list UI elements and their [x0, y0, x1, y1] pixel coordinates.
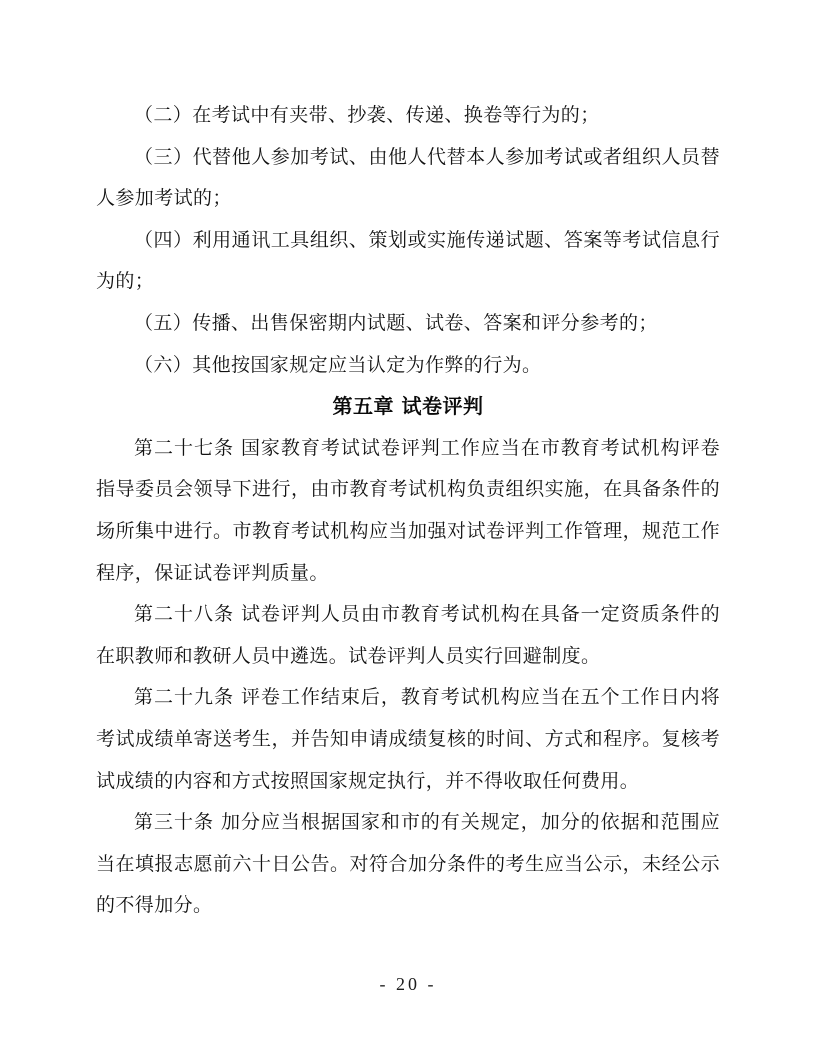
chapter-heading: 第五章 试卷评判 — [96, 386, 720, 428]
article-29: 第二十九条 评卷工作结束后，教育考试机构应当在五个工作日内将考试成绩单寄送考生，… — [96, 677, 720, 802]
clause-item-2: （二）在考试中有夹带、抄袭、传递、换卷等行为的； — [96, 95, 720, 137]
article-30: 第三十条 加分应当根据国家和市的有关规定，加分的依据和范围应当在填报志愿前六十日… — [96, 802, 720, 927]
article-27: 第二十七条 国家教育考试试卷评判工作应当在市教育考试机构评卷指导委员会领导下进行… — [96, 428, 720, 594]
clause-item-6: （六）其他按国家规定应当认定为作弊的行为。 — [96, 345, 720, 387]
clause-item-5: （五）传播、出售保密期内试题、试卷、答案和评分参考的； — [96, 303, 720, 345]
document-page: （二）在考试中有夹带、抄袭、传递、换卷等行为的； （三）代替他人参加考试、由他人… — [0, 0, 816, 1056]
clause-item-3: （三）代替他人参加考试、由他人代替本人参加考试或者组织人员替人参加考试的； — [96, 137, 720, 220]
article-28: 第二十八条 试卷评判人员由市教育考试机构在具备一定资质条件的在职教师和教研人员中… — [96, 594, 720, 677]
clause-item-4: （四）利用通讯工具组织、策划或实施传递试题、答案等考试信息行为的； — [96, 220, 720, 303]
page-number: - 20 - — [0, 964, 816, 1006]
